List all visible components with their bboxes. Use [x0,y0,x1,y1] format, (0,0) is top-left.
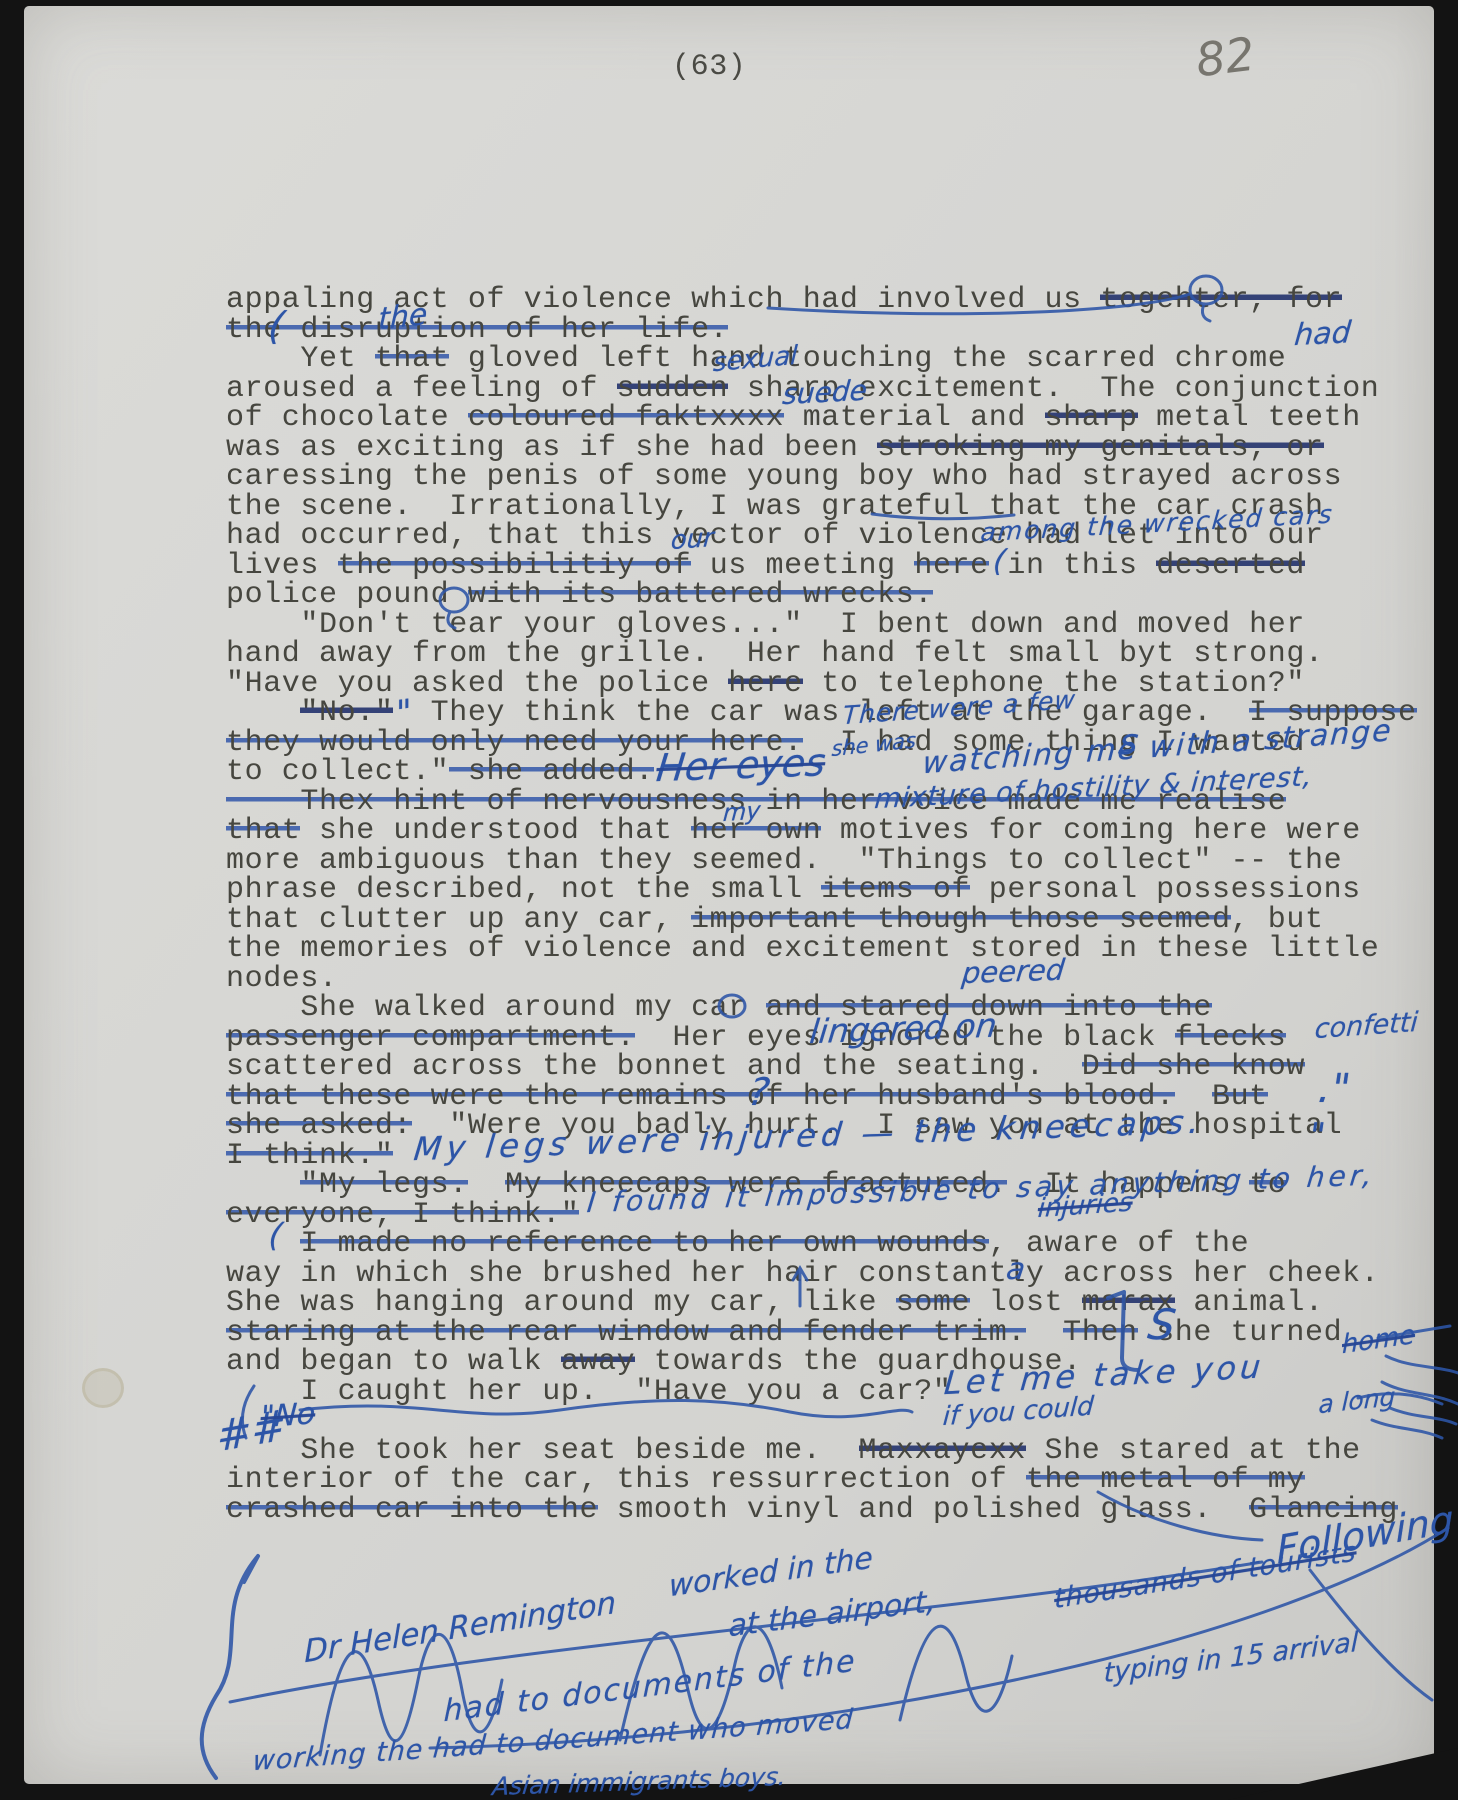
struck-typed-text: some [896,1286,970,1320]
typescript-line: police pound with its battered wrecks. [226,581,1417,611]
typescript-line [226,1407,1417,1437]
typescript-line: the memories of violence and excitement … [226,935,1417,965]
typescript-line: She was hanging around my car, like some… [226,1289,1417,1319]
handwritten-annotation: suede [781,374,868,412]
paper-stain [82,1368,124,1408]
marginalia-scrawl: thousands of tourists [1054,1536,1357,1615]
typescript-line: She took her seat beside me. Maxxayexx S… [226,1437,1417,1467]
struck-typed-text: "My legs. [300,1168,467,1202]
typed-text [226,696,300,730]
typescript-line: interior of the car, this ressurrection … [226,1466,1417,1496]
handwritten-annotation: "No [260,1396,317,1435]
typescript-line: scattered across the bonnet and the seat… [226,1053,1417,1083]
photo-corner-shadow [1228,1748,1458,1800]
struck-typed-text: items of [821,873,970,907]
manuscript-page: (63) 82 appaling act of violence which h… [24,6,1434,1784]
typed-text: smooth vinyl and polished glass. [598,1493,1249,1527]
typed-text: metal teeth [1138,401,1361,435]
handwritten-annotation: " [396,692,411,735]
typescript-line: I made no reference to her own wounds, a… [226,1230,1417,1260]
struck-typed-text: "No." [300,696,393,730]
handwritten-annotation: ." [1316,1066,1354,1112]
struck-typed-text: sharp [1045,401,1138,435]
handwritten-annotation: the [378,297,428,337]
typescript-line: nodes. [226,965,1417,995]
struck-typed-text: deserted [1156,549,1305,583]
typed-text: She was hanging around my car, like [226,1286,896,1320]
typescript-line: "Don't tear your gloves..." I bent down … [226,611,1417,641]
handwritten-annotation: had [1293,315,1352,353]
handwritten-annotation: Her eyes [654,740,827,790]
typescript-line: more ambiguous than they seemed. "Things… [226,847,1417,877]
struck-typed-text: she asked: [226,1109,412,1143]
handwritten-annotation: peered [960,952,1066,990]
typescript-line: way in which she brushed her hair consta… [226,1260,1417,1290]
typed-text: the memories of violence and excitement … [226,932,1379,966]
struck-typed-text: she added. [449,755,654,789]
typescript-line: caressing the penis of some young boy wh… [226,463,1417,493]
typescript-line: lives the possibilitiy of us meeting her… [226,552,1417,582]
typescript-line: that she understood that her own motives… [226,817,1417,847]
pencil-folio-number: 82 [1193,31,1257,84]
typed-text: in this [989,549,1156,583]
typed-text: appaling act of violence which had invol… [226,283,1100,317]
typed-text [468,1168,505,1202]
typescript-line: Yet that gloved left hand touching the s… [226,345,1417,375]
typescript-line: that these were the remains of her husba… [226,1083,1417,1113]
typescript-body: appaling act of violence which had invol… [226,286,1417,1525]
typescript-line: staring at the rear window and fender tr… [226,1319,1417,1349]
handwritten-annotation: lingered on [808,1005,999,1051]
marginalia-scrawl: Dr Helen Remington [304,1585,616,1671]
handwritten-annotation: my [722,796,761,827]
marginalia-scrawl: at the airport, [728,1584,936,1645]
typescript-line: was as exciting as if she had been strok… [226,434,1417,464]
typescript-line: phrase described, not the small items of… [226,876,1417,906]
marginalia-scrawl: typing in 15 arrival [1103,1627,1358,1690]
typed-text: I caught her up. "Have you a car?" [226,1375,952,1409]
typed-page-number: (63) [672,52,746,82]
typed-text: scattered across the bonnet and the seat… [226,1050,1082,1084]
typed-text: to collect." [226,755,449,789]
struck-typed-text: togehter, for [1100,283,1342,317]
typescript-line: that clutter up any car, important thoug… [226,906,1417,936]
typescript-line: crashed car into the smooth vinyl and po… [226,1496,1417,1526]
typed-text [226,1168,300,1202]
scanned-manuscript-photo: { "page": { "typed_page_number": "(63)",… [0,0,1458,1800]
struck-typed-text: crashed car into the [226,1493,598,1527]
marginalia-scrawl: Asian immigrants boys. [491,1762,788,1800]
handwritten-annotation: our [670,523,715,556]
typescript-line: hand away from the grille. Her hand felt… [226,640,1417,670]
